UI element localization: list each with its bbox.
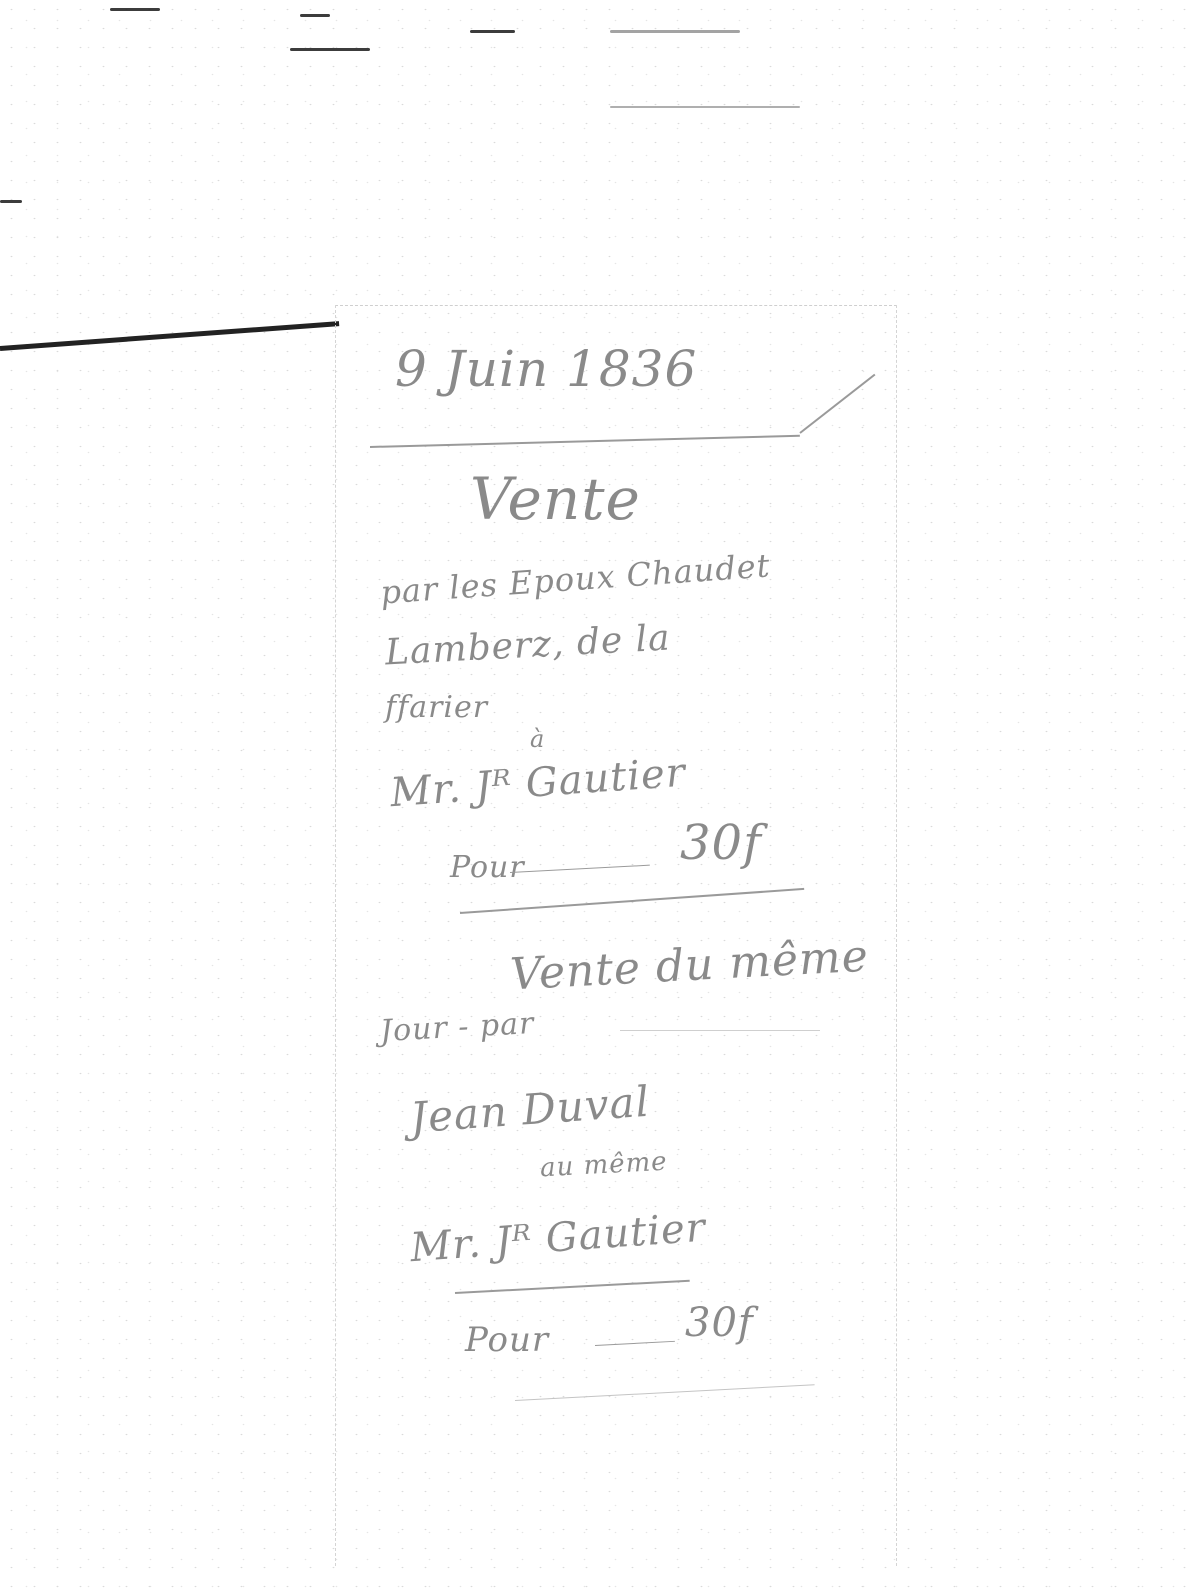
entry-1-price: 30f bbox=[680, 815, 762, 871]
entry-1-title: Vente bbox=[470, 465, 641, 533]
entry-1-to: à bbox=[530, 725, 545, 753]
bleed-through-mark bbox=[290, 48, 370, 51]
bleed-through-mark bbox=[110, 8, 160, 11]
bleed-through-mark bbox=[470, 30, 515, 33]
bleed-through-mark bbox=[0, 200, 22, 203]
bleed-through-mark bbox=[300, 14, 330, 17]
entry-1-line-3: ffarier bbox=[385, 690, 488, 725]
entry-2-price: 30f bbox=[685, 1300, 754, 1346]
bleed-through-mark bbox=[610, 30, 740, 33]
header-date: 9 Juin 1836 bbox=[395, 340, 697, 398]
entry-2-price-label: Pour bbox=[465, 1320, 549, 1360]
scanned-page: 9 Juin 1836 Vente par les Epoux Chaudet … bbox=[0, 0, 1191, 1588]
bleed-through-mark bbox=[610, 106, 800, 108]
entry-1-price-label: Pour bbox=[450, 850, 525, 885]
entry-2-line-1-dash bbox=[620, 1030, 820, 1031]
